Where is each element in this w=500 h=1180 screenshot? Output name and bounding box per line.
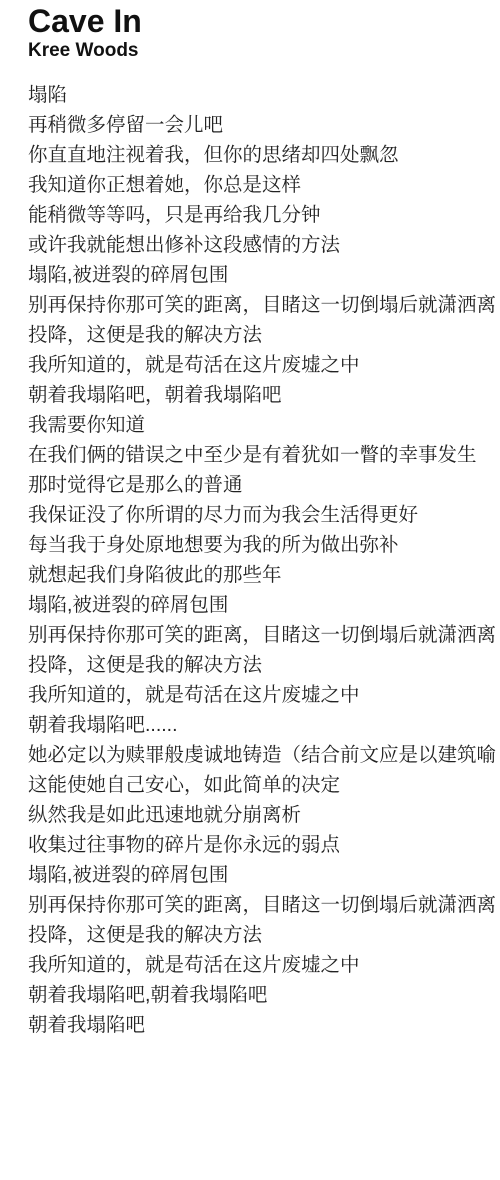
lyric-line: 这能使她自己安心，如此简单的决定: [28, 770, 500, 800]
lyric-line: 我知道你正想着她，你总是这样: [28, 170, 500, 200]
lyric-line: 我所知道的，就是苟活在这片废墟之中: [28, 350, 500, 380]
lyric-line: 别再保持你那可笑的距离，目睹这一切倒塌后就潇洒离: [28, 290, 500, 320]
lyric-line: 别再保持你那可笑的距离，目睹这一切倒塌后就潇洒离: [28, 890, 500, 920]
lyric-line: 投降，这便是我的解决方法: [28, 650, 500, 680]
lyrics-page: Cave In Kree Woods 塌陷 再稍微多停留一会儿吧 你直直地注视着…: [0, 0, 500, 1180]
lyric-line: 塌陷: [28, 80, 500, 110]
lyric-line: 再稍微多停留一会儿吧: [28, 110, 500, 140]
lyric-line: 塌陷,被迸裂的碎屑包围: [28, 860, 500, 890]
lyric-line: 塌陷,被迸裂的碎屑包围: [28, 590, 500, 620]
lyric-line: 在我们俩的错误之中至少是有着犹如一瞥的幸事发生: [28, 440, 500, 470]
lyric-line: 每当我于身处原地想要为我的所为做出弥补: [28, 530, 500, 560]
lyric-line: 收集过往事物的碎片是你永远的弱点: [28, 830, 500, 860]
lyric-line: 或许我就能想出修补这段感情的方法: [28, 230, 500, 260]
lyric-line: 纵然我是如此迅速地就分崩离析: [28, 800, 500, 830]
lyric-line: 就想起我们身陷彼此的那些年: [28, 560, 500, 590]
lyric-line: 能稍微等等吗，只是再给我几分钟: [28, 200, 500, 230]
lyric-line: 她必定以为赎罪般虔诚地铸造（结合前文应是以建筑喻: [28, 740, 500, 770]
lyric-line: 投降，这便是我的解决方法: [28, 920, 500, 950]
lyric-line: 朝着我塌陷吧......: [28, 710, 500, 740]
lyric-line: 我所知道的，就是苟活在这片废墟之中: [28, 680, 500, 710]
lyric-line: 我保证没了你所谓的尽力而为我会生活得更好: [28, 500, 500, 530]
lyric-line: 朝着我塌陷吧,朝着我塌陷吧: [28, 980, 500, 1010]
lyric-line: 那时觉得它是那么的普通: [28, 470, 500, 500]
lyric-line: 我需要你知道: [28, 410, 500, 440]
lyrics-block: 塌陷 再稍微多停留一会儿吧 你直直地注视着我，但你的思绪却四处飘忽 我知道你正想…: [28, 80, 500, 1040]
lyric-line: 投降，这便是我的解决方法: [28, 320, 500, 350]
artist-name: Kree Woods: [28, 40, 500, 62]
lyric-line: 朝着我塌陷吧: [28, 1010, 500, 1040]
lyric-line: 我所知道的，就是苟活在这片废墟之中: [28, 950, 500, 980]
lyric-line: 别再保持你那可笑的距离，目睹这一切倒塌后就潇洒离: [28, 620, 500, 650]
song-title: Cave In: [28, 2, 500, 40]
lyric-line: 你直直地注视着我，但你的思绪却四处飘忽: [28, 140, 500, 170]
lyric-line: 朝着我塌陷吧，朝着我塌陷吧: [28, 380, 500, 410]
lyric-line: 塌陷,被迸裂的碎屑包围: [28, 260, 500, 290]
